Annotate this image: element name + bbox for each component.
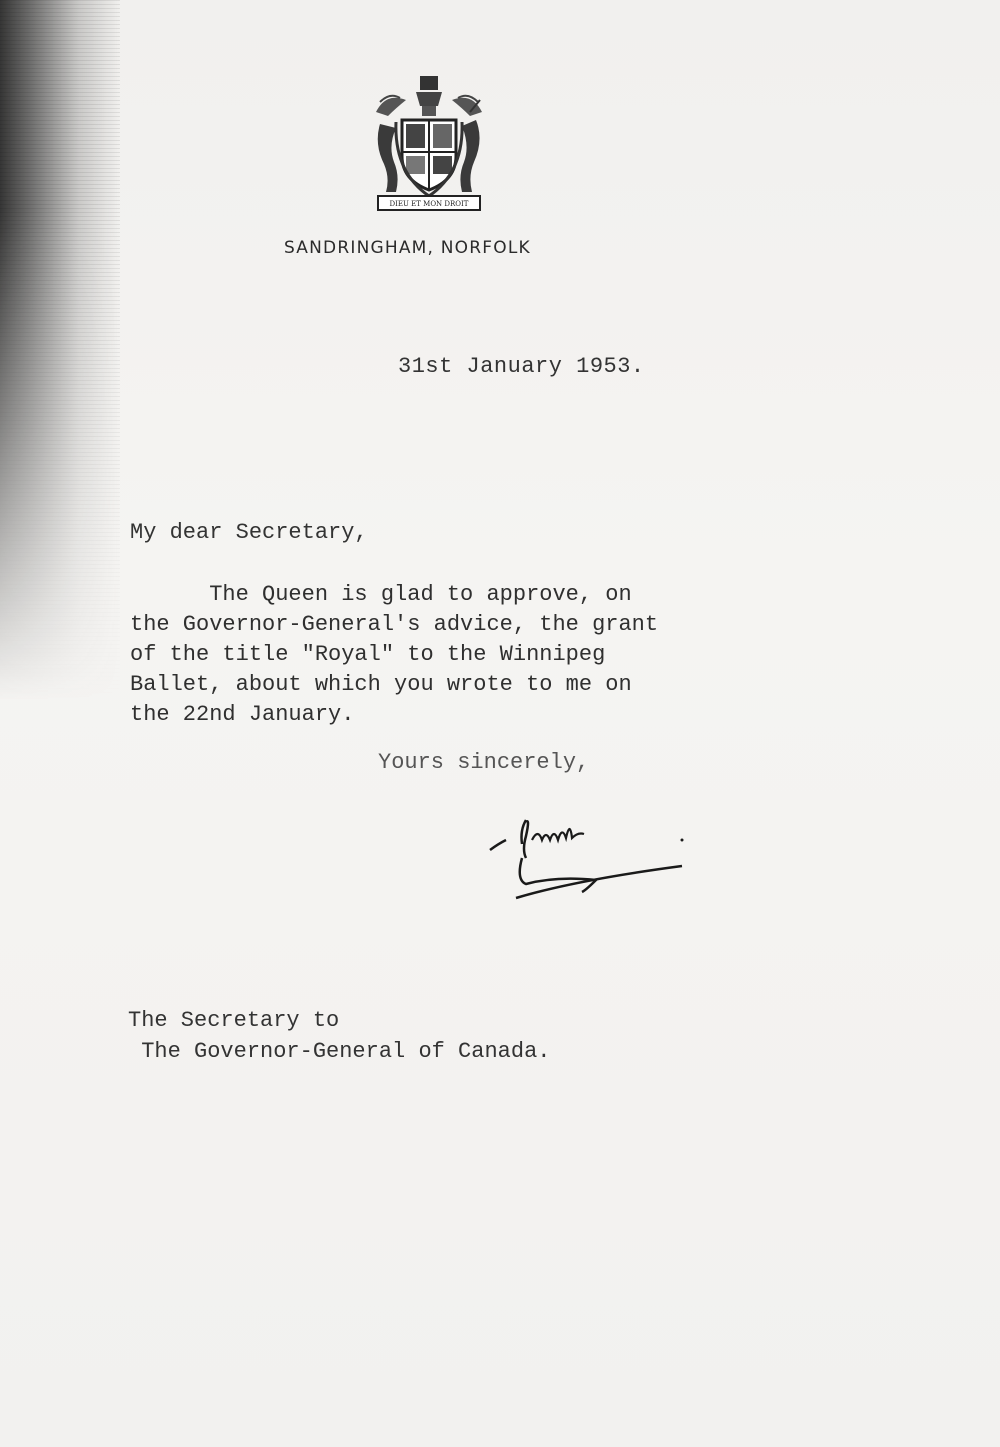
royal-coat-of-arms-icon: DIEU ET MON DROIT: [366, 72, 492, 216]
handwritten-signature-icon: [486, 810, 686, 900]
recipient-line: The Governor-General of Canada.: [128, 1036, 550, 1067]
recipient-line: The Secretary to: [128, 1005, 550, 1036]
letterhead-address: SANDRINGHAM, NORFOLK: [284, 238, 531, 258]
salutation: My dear Secretary,: [130, 520, 368, 545]
photocopy-smudge: [0, 0, 120, 700]
body-line: The Queen is glad to approve, on: [130, 580, 658, 610]
body-line: the 22nd January.: [130, 700, 658, 730]
letter-page: DIEU ET MON DROIT SANDRINGHAM, NORFOLK 3…: [0, 0, 1000, 1447]
body-line: the Governor-General's advice, the grant: [130, 610, 658, 640]
letter-body: The Queen is glad to approve, on the Gov…: [130, 580, 658, 730]
closing: Yours sincerely,: [378, 750, 589, 775]
recipient-block: The Secretary to The Governor-General of…: [128, 1005, 550, 1067]
svg-text:DIEU ET MON DROIT: DIEU ET MON DROIT: [390, 200, 469, 208]
body-line: Ballet, about which you wrote to me on: [130, 670, 658, 700]
body-line: of the title "Royal" to the Winnipeg: [130, 640, 658, 670]
letter-date: 31st January 1953.: [398, 354, 645, 379]
